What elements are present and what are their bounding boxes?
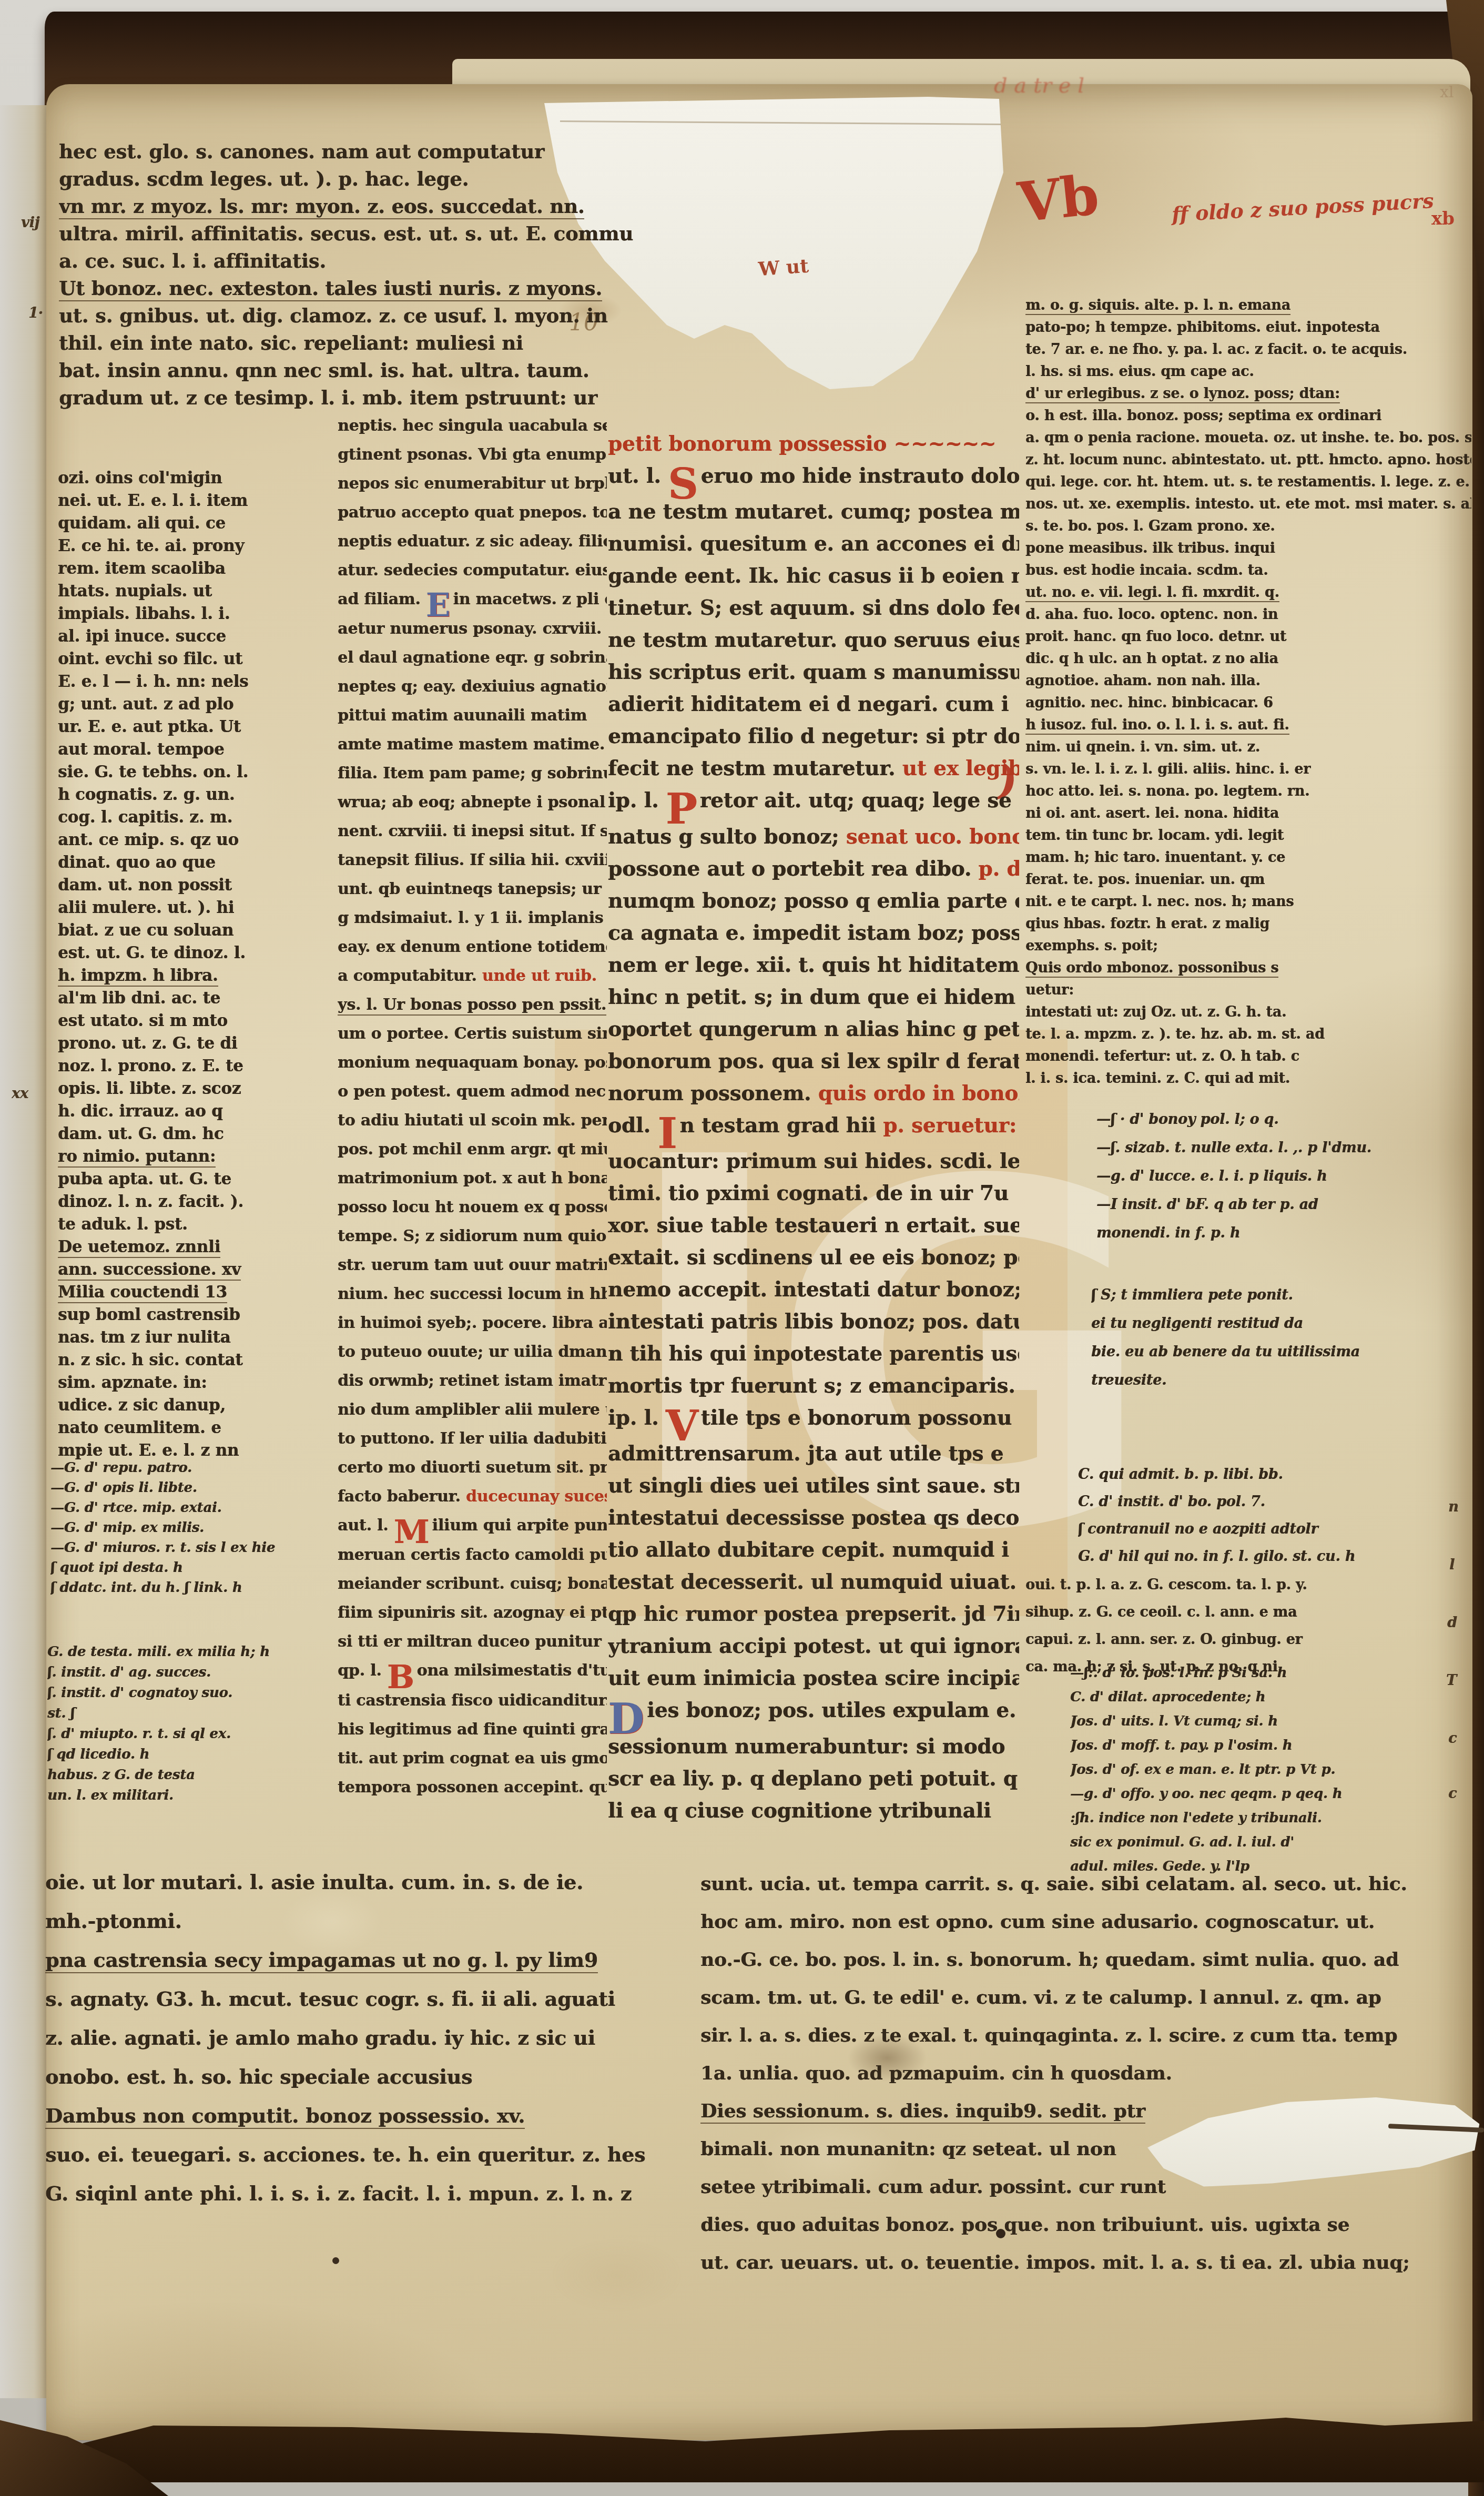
red-section-mark: Vb xyxy=(1015,167,1101,230)
text-line: Dies bonoz; pos. utiles expulam e. no xyxy=(608,1695,1019,1730)
bracket-item: —ʃ:. d' lo. pos. l. in. p Si sa. h xyxy=(1070,1661,1470,1685)
gloss-line: to puttono. If ler uilia dadubitit uisi xyxy=(338,1424,607,1453)
gloss-line: h. dic. irrauz. ao q xyxy=(58,1100,329,1123)
gloss-line: to puteuo ouute; ur uilia dmantur xyxy=(338,1337,607,1366)
bottom-left-gloss-block: oie. ut lor mutari. l. asie inulta. cum.… xyxy=(45,1863,710,2213)
text-line: bonorum pos. qua si lex spilr d ferat bo xyxy=(608,1046,1019,1078)
inner-gloss-column: neptis. hec singula uacabula senas dnagt… xyxy=(338,411,607,1802)
gloss-line: pittui matim auunaili matim xyxy=(338,701,607,730)
bracket-item: Jos. d' moff. t. pay. p l'osim. h xyxy=(1070,1733,1470,1758)
gloss-line: bus. est hodie incaia. scdm. ta. xyxy=(1025,560,1471,582)
gloss-line: mh.-ptonmi. xyxy=(45,1902,710,1941)
gloss-line: alii mulere. ut. ). hi xyxy=(58,897,329,919)
gloss-line: qui. lege. cor. ht. htem. ut. s. te rest… xyxy=(1025,471,1471,493)
text-line: nem er lege. xii. t. quis ht hiditatem xyxy=(608,949,1019,981)
gloss-line: ut. no. e. vii. legi. l. fi. mxrdit. q. xyxy=(1025,582,1471,604)
gloss-line: proit. hanc. qn fuo loco. detnr. ut xyxy=(1025,626,1471,648)
text-line: norum possonem. quis ordo in bonoz; xyxy=(608,1078,1019,1110)
allegation-line: ʃ ddatc. int. du h. ʃ link. h xyxy=(50,1578,345,1598)
citation-line: C. d' instit. d' bo. pol. 7. xyxy=(1078,1488,1467,1516)
left-margin-allegation-list-2: G. de testa. mili. ex milia h; hʃ. insti… xyxy=(47,1642,352,1806)
text-line: mortis tpr fuerunt s; z emanciparis. xyxy=(608,1370,1019,1402)
bracket-item: —g. d' offo. y oo. nec qeqm. p qeq. h xyxy=(1070,1782,1470,1806)
gloss-line: fiim sipuniris sit. azognay ei ptine xyxy=(338,1598,607,1627)
gloss-line: ant. ce mip. s. qz uo xyxy=(58,829,329,851)
gloss-line: oint. evchi so filc. ut xyxy=(58,648,329,671)
red-drop-initial: M xyxy=(394,1523,430,1541)
gloss-line: pos. pot mchil enm argr. qt miu stii xyxy=(338,1135,607,1164)
gloss-line: impials. libahs. l. i. xyxy=(58,603,329,625)
gloss-line: cog. l. capitis. z. m. xyxy=(58,806,329,829)
blue-drop-initial: E xyxy=(426,596,451,614)
right-citation-list: C. qui admit. b. p. libi. bb.C. d' insti… xyxy=(1078,1461,1467,1570)
allegation-line: ʃ qd licedio. h xyxy=(47,1744,352,1765)
gloss-line: dis orwmb; retinet istam imatrimo xyxy=(338,1366,607,1395)
allegation-line: —G. d' rtce. mip. extai. xyxy=(50,1498,345,1518)
gloss-line: atur. sedecies computatur. eius ratione xyxy=(338,556,607,585)
gloss-line: ys. l. Ur bonas posso pen pssit. xyxy=(338,990,607,1019)
gloss-line: in huimoi syeb;. pocere. libra abuntur xyxy=(338,1308,607,1337)
citation-line: C. qui admit. b. p. libi. bb. xyxy=(1078,1461,1467,1488)
gloss-line: monendi. tefertur: ut. z. O. h tab. c xyxy=(1025,1046,1471,1068)
text-line: ne testm mutaretur. quo seruus eius xyxy=(608,624,1019,656)
gloss-line: qp. l. Bona milsimestatis d'tune xyxy=(338,1656,607,1686)
right-bracket-list-2: —ʃ:. d' lo. pos. l. in. p Si sa. h C. d'… xyxy=(1070,1661,1470,1879)
gloss-line: qius hbas. foztr. h erat. z malig xyxy=(1025,913,1471,935)
gloss-line: patruo accepto quat pnepos. totiens pu xyxy=(338,498,607,527)
note-line: treuesite. xyxy=(1091,1366,1459,1395)
gloss-line: eay. ex denum entione totidemq; ab xyxy=(338,932,607,961)
gloss-line: G. siqinl ante phi. l. i. s. i. z. facit… xyxy=(45,2174,710,2213)
worm-hole xyxy=(332,2257,339,2264)
text-line: testat decesserit. ul numquid uiuat. xyxy=(608,1566,1019,1598)
gloss-line: biat. z ue cu soluan xyxy=(58,919,329,942)
gloss-line: capui. z. l. ann. ser. z. O. ginbug. er xyxy=(1025,1626,1467,1653)
gloss-line: suo. ei. teuegari. s. acciones. te. h. e… xyxy=(45,2135,710,2174)
allegation-line: ʃ. instit. d' ag. succes. xyxy=(47,1662,352,1683)
text-line: emancipato filio d negetur: si ptr dolo xyxy=(608,721,1019,753)
text-line: tio allato dubitare cepit. numquid i xyxy=(608,1534,1019,1566)
text-line: ip. l. Pretor ait. utq; quaq; lege se xyxy=(608,785,1019,820)
gloss-line: o pen potest. quem admod nec attestib xyxy=(338,1077,607,1106)
gloss-line: pone measibus. ilk tribus. inqui xyxy=(1025,537,1471,560)
gloss-line: nium. hec successi locum in hb. hec aut xyxy=(338,1280,607,1308)
gloss-line: aetur numerus psonay. cxrviii. hii s. xyxy=(338,614,607,643)
gloss-line: tempora possonen accepint. quib; no 9 xyxy=(338,1773,607,1802)
text-line: li ea q ciuse cognitione ytribunali xyxy=(608,1795,1019,1827)
gloss-line: hoc atto. lei. s. nona. po. legtem. rn. xyxy=(1025,780,1471,803)
manuscript-scan: 10 W ut Vb ff oldo z suo poss pucrs xb d… xyxy=(0,0,1484,2496)
text-line: sessionum numerabuntur: si modo xyxy=(608,1731,1019,1763)
gloss-line: ad filiam. Ein macetws. z pli eivmib; ps… xyxy=(338,585,607,614)
bracket-item: Jos. d' of. ex e man. e. lt ptr. p Vt p. xyxy=(1070,1758,1470,1782)
text-line: ip. l. Vtile tps e bonorum possonu xyxy=(608,1402,1019,1438)
gloss-line: neptes q; eay. dexiuius agnatione xyxy=(338,672,607,701)
left-gloss-column: ozi. oins col'miginnei. ut. E. e. l. i. … xyxy=(58,467,329,1462)
gloss-line: aut moral. tempoe xyxy=(58,738,329,761)
allegation-line: —G. d' mip. ex milis. xyxy=(50,1518,345,1538)
citation-line: G. d' hil qui no. in f. l. gilo. st. cu.… xyxy=(1078,1543,1467,1570)
gloss-line: De uetemoz. znnli xyxy=(58,1236,329,1259)
gloss-line: tempe. S; z sidiorum num quio sectirum xyxy=(338,1222,607,1251)
gloss-line: el daul agnatione eqr. g sobrinay. nepo xyxy=(338,643,607,672)
text-line: numqm bonoz; posso q emlia parte edi xyxy=(608,885,1019,917)
gloss-line: hoc am. miro. non est opno. cum sine adu… xyxy=(700,1903,1476,1941)
gloss-line: facto baberur. ducecunay sucessioe mi xyxy=(338,1482,607,1511)
book-fore-edge xyxy=(0,105,48,2398)
text-line: hinc n petit. s; in dum que ei hidem ee xyxy=(608,981,1019,1013)
allegation-line: st. ʃ xyxy=(47,1703,352,1724)
gloss-line: nepos sic enumerabitur ut brphanam xyxy=(338,469,607,498)
gloss-line: nit. e te carpt. l. nec. nos. h; mans xyxy=(1025,891,1471,913)
text-line: qp hic rumor postea prepserit. jd 7in xyxy=(608,1598,1019,1630)
bracket-item: —ʃ · d' bonoy pol. l; o q. xyxy=(1096,1105,1465,1134)
note-line: bie. eu ab benere da tu uitilissima xyxy=(1091,1338,1459,1366)
gloss-line: agnotioe. aham. non nah. illa. xyxy=(1025,670,1471,692)
gloss-line: Dies sessionum. s. dies. inquib9. sedit.… xyxy=(700,2092,1476,2130)
gloss-line: ur. E. e. aut ptka. Ut xyxy=(58,716,329,738)
gloss-line: tanepsit filius. If silia hii. cxviii. h… xyxy=(338,846,607,875)
gloss-line: ferat. te. pos. inueniar. un. qm xyxy=(1025,869,1471,891)
gloss-line: sie. G. te tebhs. on. l. xyxy=(58,761,329,784)
allegation-line: —G. d' opis li. libte. xyxy=(50,1478,345,1498)
text-line: petit bonorum possessio ~~~~~~ xyxy=(608,428,1019,460)
gloss-line: neptis. hec singula uacabula senas dna xyxy=(338,411,607,440)
red-drop-initial: B xyxy=(387,1668,414,1686)
gloss-line: o. h est. illa. bonoz. poss; septima ex … xyxy=(1025,405,1471,427)
text-line: numisi. quesitum e. an accones ei dne xyxy=(608,528,1019,560)
gloss-line: est utato. si m mto xyxy=(58,1010,329,1032)
gloss-line: ut. s. gnibus. ut. dig. clamoz. z. ce us… xyxy=(59,302,703,329)
gloss-line: agnitio. nec. hinc. binbicacar. 6 xyxy=(1025,692,1471,714)
gloss-line: uetur: xyxy=(1025,979,1471,1001)
gloss-line: wrua; ab eoq; abnepte i psonal conti xyxy=(338,788,607,817)
gloss-line: exemphs. s. poit; xyxy=(1025,935,1471,957)
gloss-line: vn mr. z myoz. ls. mr: myon. z. eos. suc… xyxy=(59,192,703,220)
gloss-line: sir. l. a. s. dies. z te exal. t. quinqa… xyxy=(700,2016,1476,2054)
quire-mark: W ut xyxy=(758,255,809,281)
underleaf-red-scribble: d a tr e l xyxy=(994,74,1084,98)
gloss-line: sunt. ucia. ut. tempa carrit. s. q. saie… xyxy=(700,1865,1476,1903)
allegation-line: ʃ. instit. d' cognatoy suo. xyxy=(47,1683,352,1703)
margin-mark: xx xyxy=(12,1085,28,1102)
text-line: intestatui decessisse postea qs decorem … xyxy=(608,1502,1019,1534)
bracket-item: sic ex ponimul. G. ad. l. iul. d' xyxy=(1070,1830,1470,1854)
gloss-line: dam. ut. G. dm. hc xyxy=(58,1123,329,1145)
gloss-line: Milia couctendi 13 xyxy=(58,1281,329,1304)
text-line: xor. siue table testaueri n ertait. sue xyxy=(608,1210,1019,1242)
text-line: intestati patris libis bonoz; pos. datur… xyxy=(608,1306,1019,1338)
margin-mark: 1· xyxy=(28,305,43,321)
note-line: ei tu negligenti restitud da xyxy=(1091,1310,1459,1338)
gloss-line: prono. ut. z. G. te di xyxy=(58,1032,329,1055)
gloss-line: sup boml castrensib xyxy=(58,1304,329,1326)
gloss-line: s. te. bo. pos. l. Gzam prono. xe. xyxy=(1025,515,1471,537)
gloss-line: unt. qb euintneqs tanepsis; ur su xyxy=(338,875,607,904)
gloss-line: l. hs. si ms. eius. qm cape ac. xyxy=(1025,361,1471,383)
gloss-line: gradum ut. z ce tesimp. l. i. mb. item p… xyxy=(59,384,703,411)
gloss-line: s. vn. le. l. i. z. l. gili. aliis. hinc… xyxy=(1025,758,1471,780)
gloss-line: dies. quo aduitas bonoz. pos que. non tr… xyxy=(700,2206,1476,2244)
gloss-line: z. alie. agnati. je amlo maho gradu. iy … xyxy=(45,2018,710,2057)
gloss-line: dinat. quo ao que xyxy=(58,851,329,874)
left-margin-allegation-list: —G. d' repu. patro.—G. d' opis li. libte… xyxy=(50,1458,345,1598)
gloss-line: mam. h; hic taro. inuentant. y. ce xyxy=(1025,847,1471,869)
gloss-line: a. qm o penia racione. moueta. oz. ut in… xyxy=(1025,427,1471,449)
allegation-line: G. de testa. mili. ex milia h; h xyxy=(47,1642,352,1662)
gloss-line: hec est. glo. s. canones. nam aut comput… xyxy=(59,138,703,165)
gloss-line: scam. tm. ut. G. te edil' e. cum. vi. z … xyxy=(700,1978,1476,2016)
text-line: possone aut o portebit rea dibo. p. det. xyxy=(608,853,1019,885)
right-gloss-column: m. o. g. siquis. alte. p. l. n. emanapat… xyxy=(1025,295,1471,1090)
gloss-line: nent. cxrviii. ti inepsi situt. If silia xyxy=(338,817,607,846)
gloss-line: thil. ein inte nato. sic. repeliant: mul… xyxy=(59,329,703,357)
gloss-line: nos. ut. xe. exemplis. intesto. ut. ete … xyxy=(1025,493,1471,515)
margin-mark: vij xyxy=(21,215,39,231)
gloss-line: um o portee. Certis suistum sint matri xyxy=(338,1019,607,1048)
gloss-line: E. ce hi. te. ai. prony xyxy=(58,535,329,557)
text-line: timi. tio pximi cognati. de in uir 7u xyxy=(608,1178,1019,1210)
right-margin-note: ʃ S; t immliera pete ponit.ei tu neglige… xyxy=(1091,1281,1459,1395)
gloss-line: 1a. unlia. quo. ad pzmapuim. cin h quosd… xyxy=(700,2054,1476,2092)
bracket-item: —ʃ. sizab. t. nulle exta. l. ,. p l'dmu. xyxy=(1096,1134,1465,1162)
gloss-line: a computabitur. unde ut ruib. xyxy=(338,961,607,990)
bracket-item: C. d' dilat. aprocedente; h xyxy=(1070,1685,1470,1709)
text-line: fecit ne testm mutaretur. ut ex legib; xyxy=(608,753,1019,785)
gloss-line: puba apta. ut. G. te xyxy=(58,1168,329,1191)
gloss-line: rem. item scaoliba xyxy=(58,557,329,580)
gloss-line: g mdsimaiut. l. y 1 ii. implanis fili xyxy=(338,904,607,932)
text-line: adierit hiditatem ei d negari. cum i xyxy=(608,688,1019,721)
gloss-line: est. ut. G. te dinoz. l. xyxy=(58,942,329,965)
gloss-line: ni oi. ant. asert. lei. nona. hidita xyxy=(1025,803,1471,825)
margin-mark: c xyxy=(1448,1785,1457,1802)
gloss-line: Dambus non computit. bonoz possessio. xv… xyxy=(45,2096,710,2135)
gloss-line: g; unt. aut. z ad plo xyxy=(58,693,329,716)
folio-letter: xb xyxy=(1431,208,1455,229)
gloss-line: dic. q h ulc. an h optat. z no alia xyxy=(1025,648,1471,670)
allegation-line: ʃ quot ipi desta. h xyxy=(50,1558,345,1578)
text-line: admittrensarum. jta aut utile tps e xyxy=(608,1438,1019,1470)
gloss-line: E. e. l — i. h. nn: nels xyxy=(58,671,329,693)
gloss-line: al. ipi inuce. succe xyxy=(58,625,329,648)
allegation-line: un. l. ex militari. xyxy=(47,1785,352,1806)
gloss-line: oui. t. p. l. a. z. G. cescom. ta. l. p.… xyxy=(1025,1571,1467,1599)
bracket-item: :ʃh. indice non l'edete y tribunali. xyxy=(1070,1806,1470,1830)
text-line: ytranium accipi potest. ut qui ignora xyxy=(608,1630,1019,1662)
text-line: natus g sulto bonoz; senat uco. bonoz; xyxy=(608,821,1019,853)
bracket-item: monendi. in f. p. h xyxy=(1096,1219,1465,1247)
text-line: ut. l. Seruo mo hide instrauto dolo se xyxy=(608,460,1019,496)
allegation-line: —G. d' repu. patro. xyxy=(50,1458,345,1478)
blue-drop-initial: D xyxy=(608,1708,644,1731)
gloss-line: matrimonium pot. x aut h bonay. xyxy=(338,1164,607,1193)
text-line: uit eum inimicia postea scire incipiat. xyxy=(608,1662,1019,1695)
gloss-line: quidam. ali qui. ce xyxy=(58,512,329,535)
gloss-line: n. z sic. h sic. contat xyxy=(58,1349,329,1372)
gloss-line: meiander scribunt. cuisq; bona uite xyxy=(338,1569,607,1598)
text-line: scr ea liy. p. q deplano peti potuit. q xyxy=(608,1763,1019,1795)
gloss-line: tit. aut prim cognat ea uis gmo intra xyxy=(338,1744,607,1773)
gloss-line: Ut bonoz. nec. exteston. tales iusti nur… xyxy=(59,275,703,302)
text-line: a ne testm mutaret. cumq; postea ma xyxy=(608,496,1019,528)
bracket-item: —I insit. d' bF. q ab ter p. ad xyxy=(1096,1191,1465,1219)
margin-mark: n xyxy=(1448,1499,1458,1515)
text-line: ca agnata e. impedit istam boz; posso xyxy=(608,917,1019,949)
gloss-line: ozi. oins col'migin xyxy=(58,467,329,490)
margin-mark: T xyxy=(1446,1672,1457,1689)
gloss-line: noz. l. prono. z. E. te xyxy=(58,1055,329,1078)
gloss-line: aut. l. Milium qui arpite puniur uiti. xyxy=(338,1511,607,1540)
gloss-line: setee ytribimali. cum adur. possint. cur… xyxy=(700,2168,1476,2206)
note-line: ʃ S; t immliera pete ponit. xyxy=(1091,1281,1459,1310)
margin-mark: c xyxy=(1448,1730,1457,1747)
red-drop-initial: P xyxy=(666,798,697,821)
text-line: uocantur: primum sui hides. scdi. legi xyxy=(608,1145,1019,1178)
top-gloss-block: hec est. glo. s. canones. nam aut comput… xyxy=(59,138,703,411)
red-drop-initial: S xyxy=(668,473,698,496)
gloss-line: z. ht. locum nunc. abintestato. ut. ptt.… xyxy=(1025,449,1471,471)
gloss-line: gradus. scdm leges. ut. ). p. hac. lege. xyxy=(59,165,703,192)
text-line: n tih his qui inpotestate parentis usq; … xyxy=(608,1338,1019,1370)
gloss-line: h cognatis. z. g. un. xyxy=(58,784,329,806)
right-bracket-list-1: —ʃ · d' bonoy pol. l; o q.—ʃ. sizab. t. … xyxy=(1096,1105,1465,1247)
allegation-line: —G. d' miuros. r. t. sis l ex hie xyxy=(50,1538,345,1558)
citation-line: ʃ contranuil no e aozpiti adtolr xyxy=(1078,1516,1467,1543)
gloss-line: dam. ut. non possit xyxy=(58,874,329,897)
gloss-line: ultra. miril. affinitatis. secus. est. u… xyxy=(59,220,703,247)
text-line: his scriptus erit. quam s manumissu xyxy=(608,656,1019,688)
bottom-right-gloss-block: sunt. ucia. ut. tempa carrit. s. q. saie… xyxy=(700,1865,1476,2281)
bracket-item: —g. d' lucce. e. l. i. p liquis. h xyxy=(1096,1162,1465,1191)
gloss-line: bimali. non munanitn: qz seteat. ul non xyxy=(700,2130,1476,2168)
gloss-line: to adiu hiutati ul scoin mk. pen bonay. xyxy=(338,1106,607,1135)
gloss-line: meruan certis facto camoldi puit 7— xyxy=(338,1540,607,1569)
gloss-line: pato-po; h tempze. phibitoms. eiut. inpo… xyxy=(1025,317,1471,339)
gloss-line: h iusoz. ful. ino. o. l. l. i. s. aut. f… xyxy=(1025,714,1471,736)
gloss-line: a. ce. suc. l. i. affinitatis. xyxy=(59,247,703,275)
gloss-line: nei. ut. E. e. l. i. item xyxy=(58,490,329,512)
gloss-line: te. l. a. mpzm. z. ). te. hz. ab. m. st.… xyxy=(1025,1023,1471,1046)
gloss-line: nas. tm z iur nulita xyxy=(58,1326,329,1349)
allegation-line: habus. z G. de testa xyxy=(47,1765,352,1785)
text-line: odl. In testam grad hii p. seruetur: xyxy=(608,1110,1019,1145)
gloss-line: no.-G. ce. bo. pos. l. in. s. bonorum. h… xyxy=(700,1941,1476,1978)
gloss-line: nio dum amplibler alii mulere uiu xyxy=(338,1395,607,1424)
gloss-line: si tti er miltran duceo punitur sit. xyxy=(338,1627,607,1656)
gloss-line: filia. Item pam pame; g sobrinus hiis so xyxy=(338,759,607,788)
text-line: extait. si scdinens ul ee eis bonoz; pos… xyxy=(608,1242,1019,1274)
gloss-line: dinoz. l. n. z. facit. ). xyxy=(58,1191,329,1213)
gloss-line: ro nimio. putann: xyxy=(58,1145,329,1168)
gloss-line: ut. car. ueuars. ut. o. teuentie. impos.… xyxy=(700,2244,1476,2281)
gloss-line: al'm lib dni. ac. te xyxy=(58,987,329,1010)
gloss-line: sihup. z. G. ce ceoil. c. l. ann. e ma xyxy=(1025,1599,1467,1626)
gloss-line: nim. ui qnein. i. vn. sim. ut. z. xyxy=(1025,736,1471,758)
gloss-line: udice. z sic danup, xyxy=(58,1394,329,1417)
gloss-line: his legitimus ad fine quinti gras eti xyxy=(338,1715,607,1744)
gloss-line: l. i. s. ica. temini. z. C. qui ad mit. xyxy=(1025,1068,1471,1090)
gloss-line: bat. insin annu. qnn nec sml. is. hat. u… xyxy=(59,357,703,384)
gloss-line: nato ceumlitem. e xyxy=(58,1417,329,1439)
gloss-line: monium nequaquam bonay. possessi xyxy=(338,1048,607,1077)
allegation-line: ʃ. d' miupto. r. t. si ql ex. xyxy=(47,1724,352,1744)
gloss-line: posso locu ht nouem ex q posset morti xyxy=(338,1193,607,1222)
text-line: ut singli dies uei utiles sint saue. str xyxy=(608,1470,1019,1502)
gloss-line: ti castrensia fisco uidicanditur. cum xyxy=(338,1686,607,1715)
gloss-line: m. o. g. siquis. alte. p. l. n. emana xyxy=(1025,295,1471,317)
main-text-column: petit bonorum possessio ~~~~~~ut. l. Ser… xyxy=(608,428,1019,1827)
gloss-line: htats. nupials. ut xyxy=(58,580,329,603)
gloss-line: pna castrensia secy impagamas ut no g. l… xyxy=(45,1941,710,1980)
red-drop-initial: I xyxy=(657,1122,677,1145)
gloss-line: Quis ordo mbonoz. possonibus s xyxy=(1025,957,1471,979)
faint-corner-mark: xl xyxy=(1440,83,1454,102)
gloss-line: onobo. est. h. so. hic speciale accusius xyxy=(45,2057,710,2096)
text-line: nemo accepit. intestati datur bonoz; p. xyxy=(608,1274,1019,1306)
bracket-item: Jos. d' uits. l. Vt cumq; si. h xyxy=(1070,1709,1470,1733)
text-line: gande eent. Ik. hic casus ii b eoien no … xyxy=(608,560,1019,592)
gloss-line: certo mo diuorti suetum sit. pro in xyxy=(338,1453,607,1482)
margin-mark: d xyxy=(1447,1615,1457,1631)
gloss-line: s. agnaty. G3. h. mcut. tesuc cogr. s. f… xyxy=(45,1980,710,2018)
gloss-line: amte matime mastem matime. filius xyxy=(338,730,607,759)
gloss-line: oie. ut lor mutari. l. asie inulta. cum.… xyxy=(45,1863,710,1902)
gloss-line: ann. successione. xv xyxy=(58,1259,329,1281)
gloss-line: gtinent psonas. Vbi gta enumpatur ut xyxy=(338,440,607,469)
gloss-line: d' ur erlegibus. z se. o lynoz. poss; dt… xyxy=(1025,383,1471,405)
gloss-line: str. uerum tam uut ouur matrimo xyxy=(338,1251,607,1280)
gloss-line: intestati ut: zuj Oz. ut. z. G. h. ta. xyxy=(1025,1001,1471,1023)
gloss-line: te. 7 ar. e. ne fho. y. pa. l. ac. z fac… xyxy=(1025,339,1471,361)
gloss-line: opis. li. libte. z. scoz xyxy=(58,1078,329,1100)
gloss-line: sim. apznate. in: xyxy=(58,1372,329,1394)
text-line: tinetur. S; est aquum. si dns dolo fecer… xyxy=(608,592,1019,624)
margin-mark: l xyxy=(1449,1557,1455,1573)
gloss-line: h. impzm. h libra. xyxy=(58,965,329,987)
text-line: oportet qungerum n alias hinc g petit xyxy=(608,1013,1019,1046)
gloss-line: tem. tin tunc br. locam. ydi. legit xyxy=(1025,825,1471,847)
gloss-line: te aduk. l. pst. xyxy=(58,1213,329,1236)
gloss-line: d. aha. fuo. loco. optenc. non. in xyxy=(1025,604,1471,626)
red-drop-initial: V xyxy=(666,1415,698,1438)
gloss-line: neptis eduatur. z sic adeay. filio suen xyxy=(338,527,607,556)
